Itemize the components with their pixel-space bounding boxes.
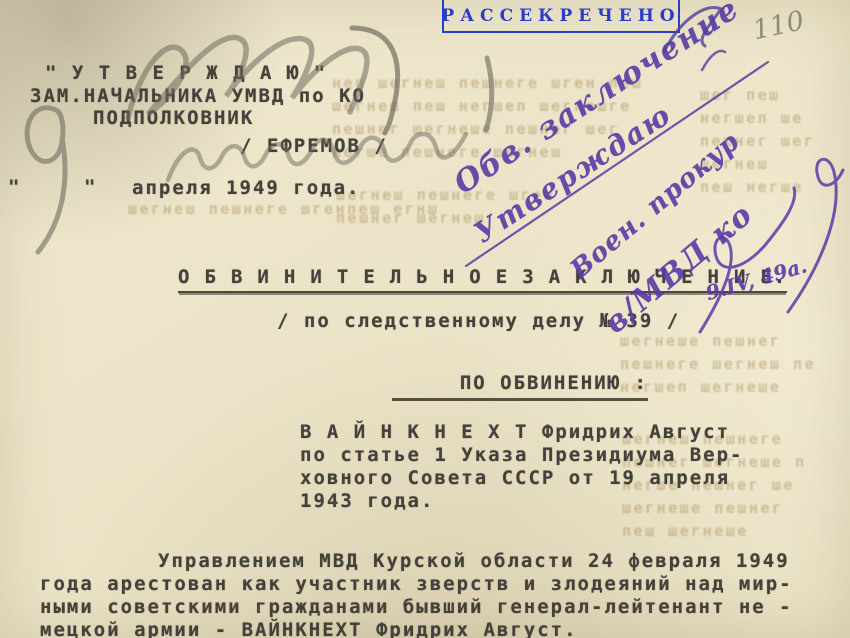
handwritten-date-note: 9.IV, 49а. — [703, 253, 810, 305]
approval-line-position: ЗАМ.НАЧАЛЬНИКА УМВД по КО — [30, 85, 366, 107]
charge-line-name: В А Й Н К Н Е Х Т Фридрих Август — [300, 421, 744, 444]
body-line: Управлением МВД Курской области 24 февра… — [40, 550, 793, 573]
page-number-handwritten: 110 — [750, 5, 807, 46]
purple-tick-stroke — [702, 51, 725, 70]
charge-line-decree: ховного Совета СССР от 19 апреля — [300, 467, 744, 490]
date-quote-close: " — [84, 176, 97, 198]
charge-line-article: по статье 1 Указа Президиума Вер- — [300, 444, 744, 467]
pencil-date-digit — [27, 108, 65, 252]
bleedthrough-text: шегнеш пешнеге шгенпеш егнш — [128, 198, 439, 221]
charge-heading: ПО ОБВИНЕНИЮ : — [392, 372, 648, 401]
body-line: ными советскими гражданами бывший генера… — [40, 596, 793, 619]
date-quote-open: " — [8, 176, 21, 198]
approval-line-approve: " У Т В Е Р Ж Д А Ю " — [45, 62, 327, 84]
scanned-document-page: неп шегнеш пешнеге шген пеш шегнеш пеш н… — [0, 0, 850, 638]
body-line: мецкой армии - ВАЙНКНЕХТ Фридрих Август. — [40, 619, 793, 638]
declassified-stamp: РАССЕКРЕЧЕНО — [442, 0, 680, 33]
body-line: года арестован как участник зверств и зл… — [40, 573, 793, 596]
bleedthrough-text: шегнеше пешнег пешнеге шегнеш пе негшеп … — [620, 330, 816, 399]
approval-signature-name: / ЕФРЕМОВ / — [240, 135, 388, 157]
charge-line-year: 1943 года. — [300, 490, 744, 513]
approval-date: апреля 1949 года. — [132, 177, 360, 199]
approval-line-rank: ПОДПОЛКОВНИК — [93, 107, 254, 129]
